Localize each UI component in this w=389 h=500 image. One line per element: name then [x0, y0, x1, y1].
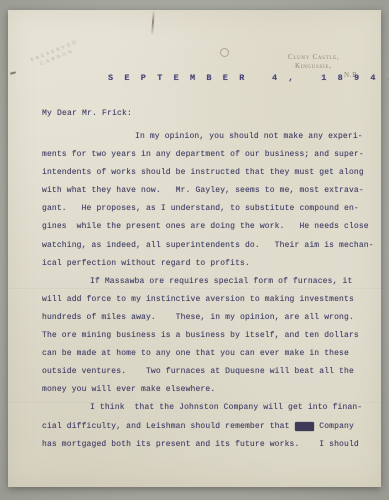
body-line: with what they have now. Mr. Gayley, see…: [42, 182, 371, 200]
body-line: hundreds of miles away. These, in my opi…: [42, 309, 371, 327]
letterhead-line: Cluny Castle,: [288, 53, 360, 62]
body-line-prefix: cial difficulty, and Leishman should rem…: [42, 422, 295, 431]
body-line: watching, as indeed, all superintendents…: [42, 237, 371, 255]
body-line: has mortgaged both its present and its f…: [42, 436, 371, 454]
body-line: can be made at home to any one that you …: [42, 345, 371, 363]
letterhead-line: Kingussie,: [288, 62, 360, 71]
body-line: I think that the Johnston Company will g…: [42, 399, 371, 417]
struck-out-word: this: [295, 422, 315, 431]
body-line-with-strikeout: cial difficulty, and Leishman should rem…: [42, 418, 371, 436]
body-line: will add force to my instinctive aversio…: [42, 291, 371, 309]
salutation: My Dear Mr. Frick:: [42, 109, 132, 118]
letter-body: In my opinion, you should not make any e…: [42, 128, 371, 454]
body-line: The ore mining business is a business by…: [42, 327, 371, 345]
body-line-suffix: Company: [314, 422, 354, 431]
edge-speck-mark: [10, 71, 16, 74]
body-line: outside ventures. Two furnaces at Duques…: [42, 363, 371, 381]
body-line: In my opinion, you should not make any e…: [42, 128, 371, 146]
body-line: gant. He proposes, as I understand, to s…: [42, 200, 371, 218]
body-line: gines while the present ones are doing t…: [42, 218, 371, 236]
body-line: If Massawba ore requires special form of…: [42, 273, 371, 291]
body-line: money you will ever make elsewhere.: [42, 381, 371, 399]
body-line: intendents of works should be instructed…: [42, 164, 371, 182]
faint-diagonal-stamp: PRESERVED CARBON: [30, 39, 82, 71]
small-circle-mark: [220, 48, 229, 57]
date-line: S E P T E M B E R 4 , 1 8 9 4 .: [108, 73, 389, 83]
body-line: ical perfection without regard to profit…: [42, 255, 371, 273]
ink-scratch-mark: [151, 10, 154, 34]
body-line: ments for two years in any department of…: [42, 146, 371, 164]
letter-page: PRESERVED CARBON Cluny Castle, Kingussie…: [8, 10, 381, 487]
